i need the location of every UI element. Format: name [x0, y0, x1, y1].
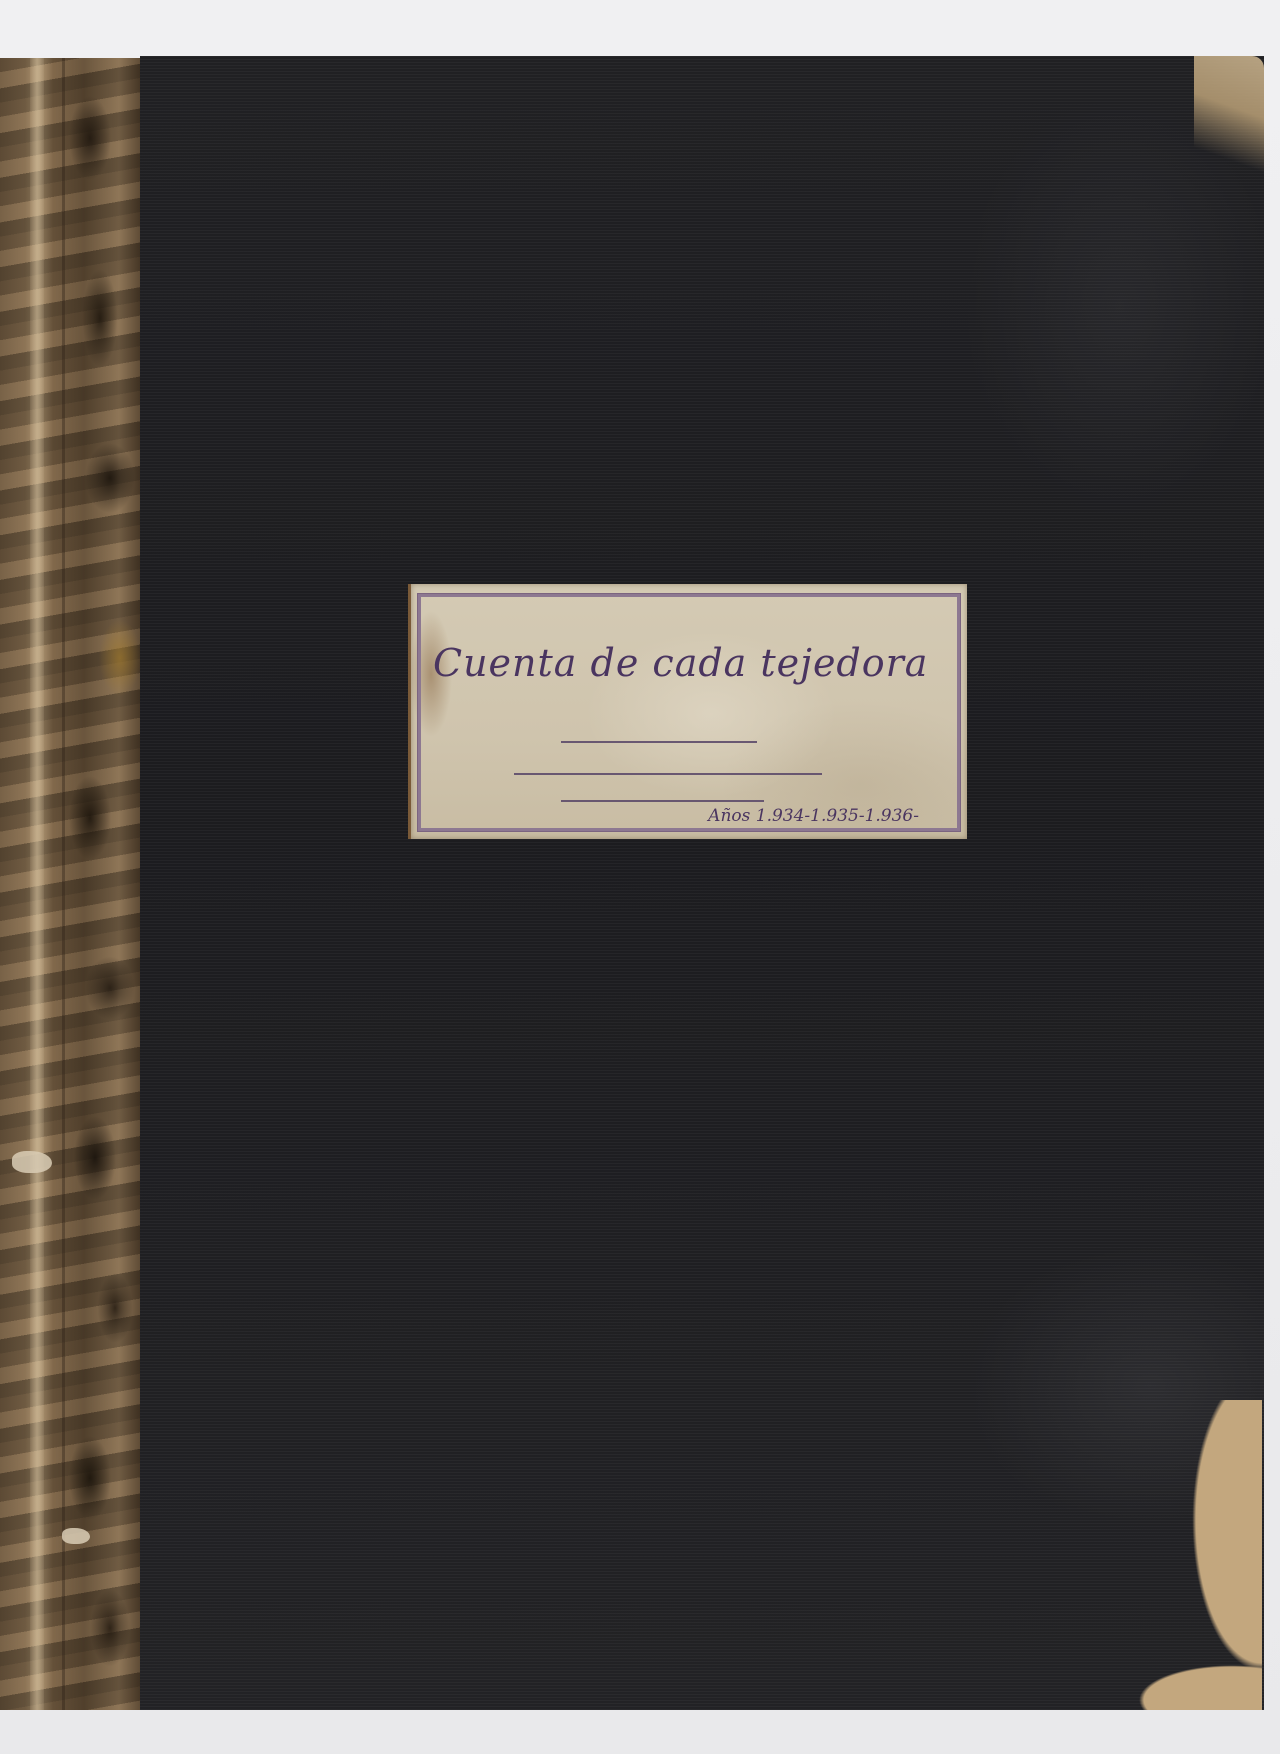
photo-background: Cuenta de cada tejedora Años 1.934-1.935…	[0, 0, 1280, 1754]
label-blank-line	[561, 800, 764, 802]
spine-hinge	[62, 58, 65, 1710]
cover-label: Cuenta de cada tejedora Años 1.934-1.935…	[408, 584, 967, 839]
label-title: Cuenta de cada tejedora	[433, 641, 928, 685]
worn-corner-bottom-right	[1112, 1400, 1262, 1710]
label-border	[417, 593, 961, 832]
spine-joint	[30, 58, 44, 1710]
ledger-book: Cuenta de cada tejedora Años 1.934-1.935…	[0, 56, 1266, 1711]
book-cover	[140, 56, 1264, 1710]
label-blank-line	[561, 741, 757, 743]
label-blank-line	[514, 773, 822, 775]
spine-wear-mark	[62, 1528, 90, 1544]
book-spine	[0, 58, 140, 1710]
worn-corner-top-right	[1194, 56, 1264, 186]
label-years: Años 1.934-1.935-1.936-	[708, 806, 919, 826]
spine-wear-mark	[12, 1151, 52, 1173]
